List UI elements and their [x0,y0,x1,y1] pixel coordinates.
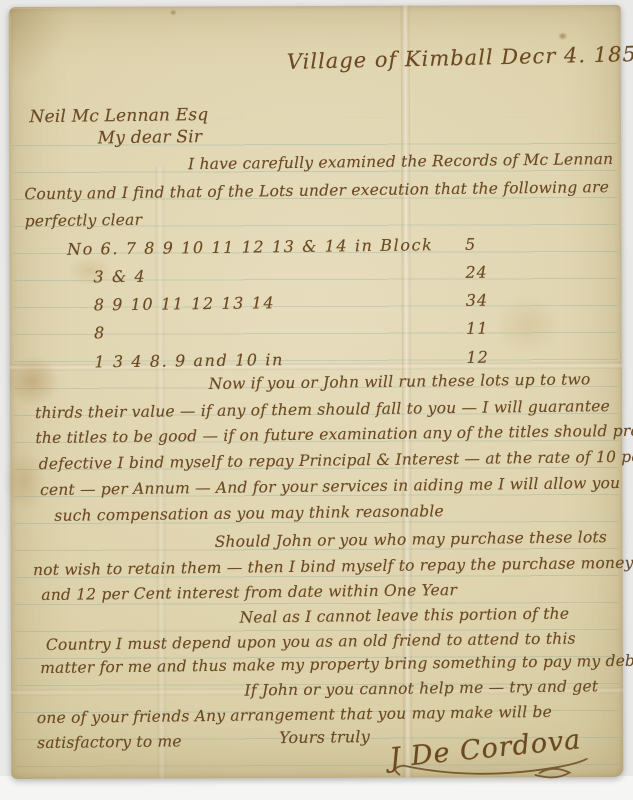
letter-line: Neal as I cannot leave this portion of t… [239,605,569,627]
dateline: Village of Kimball Decr 4. 1859 [287,42,633,74]
letter-line: Now if you or John will run these lots u… [209,370,591,393]
block-number: 24 [465,263,488,282]
letter-line: I have carefully examined the Records of… [188,150,613,173]
lot-numbers: 3 & 4 [67,267,146,287]
letter-line: and 12 per Cent interest from date withi… [41,581,457,604]
letter-line: defective I bind myself to repay Princip… [39,448,633,473]
lot-numbers: 1 3 4 8. 9 and 10 in [68,350,284,372]
letter-line: one of your friends Any arrangement that… [37,703,552,727]
closing-line: Yours truly [279,727,370,747]
block-number: 5 [465,235,476,254]
letter-line: not wish to retain them — then I bind my… [33,554,633,579]
letter-line: thirds their value — if any of them shou… [35,397,610,422]
signature: J De Cordova [388,724,582,774]
block-number: 12 [466,348,489,367]
scan-backdrop [0,776,633,800]
lot-row: 8 11 [68,318,548,343]
letter-line: the titles to be good — if on future exa… [35,422,633,448]
recipient-line: Neil Mc Lennan Esq [29,105,208,127]
block-number: 34 [466,291,489,310]
letter-line: Country I must depend upon you as an old… [46,630,576,654]
letter-line: If John or you cannot help me — try and … [244,677,598,699]
lot-row: No 6. 7 8 9 10 11 12 13 & 14 in Block 5 [67,234,547,259]
lot-numbers: 8 [68,323,106,342]
block-number: 11 [466,319,489,338]
letter-paper: Village of Kimball Decr 4. 1859 Neil Mc … [9,5,624,779]
letter-line: perfectly clear [25,211,143,230]
lot-row: 8 9 10 11 12 13 14 34 [68,290,548,315]
letter-line: cent — per Annum — And for your services… [40,474,620,499]
letter-line: matter for me and thus make my property … [40,652,633,677]
letter-line: satisfactory to me [37,732,182,752]
salutation-line: My dear Sir [98,127,203,148]
scanned-letter-stage: Village of Kimball Decr 4. 1859 Neil Mc … [0,0,633,800]
letter-line: Should John or you who may purchase thes… [215,528,608,551]
letter-line: County and I find that of the Lots under… [24,178,609,203]
lot-row: 3 & 4 24 [67,262,547,287]
lot-numbers: 8 9 10 11 12 13 14 [68,293,276,315]
lot-numbers: No 6. 7 8 9 10 11 12 13 & 14 in Block [67,235,434,258]
lot-row: 1 3 4 8. 9 and 10 in 12 [68,347,548,372]
handwriting-layer: Village of Kimball Decr 4. 1859 Neil Mc … [8,0,629,779]
letter-line: such compensation as you may think reaso… [54,502,444,525]
